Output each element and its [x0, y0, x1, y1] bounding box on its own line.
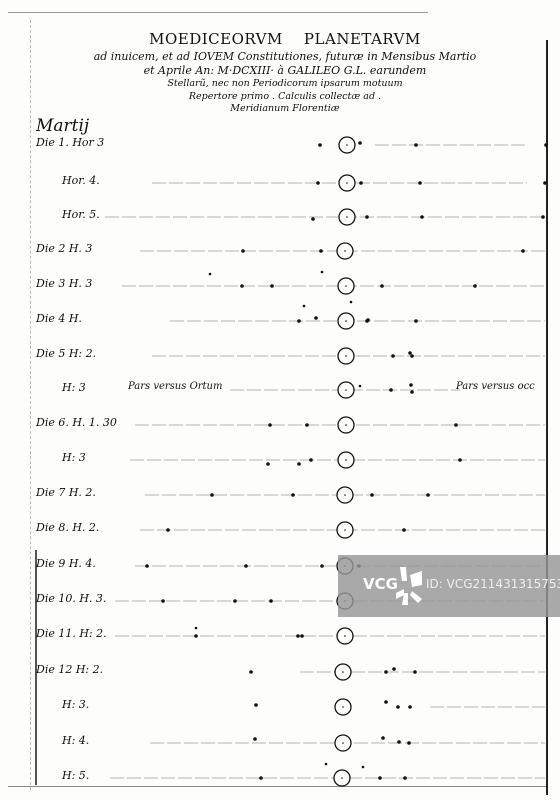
moon-dot-icon [195, 627, 198, 630]
moon-dot-icon [266, 462, 270, 466]
moon-dot-icon [259, 776, 263, 780]
moon-dot-icon [410, 354, 414, 358]
moon-dot-icon [319, 249, 323, 253]
moon-dot-icon [209, 273, 212, 276]
moon-dot-icon [543, 181, 547, 185]
moon-dot-icon [365, 215, 369, 219]
moon-dot-icon [194, 634, 198, 638]
moon-dot-icon [370, 493, 374, 497]
moon-dot-icon [454, 423, 458, 427]
moon-dot-icon [362, 766, 365, 769]
moon-dot-icon [320, 564, 324, 568]
moon-dot-icon [316, 181, 320, 185]
moon-dot-icon [473, 284, 477, 288]
moon-dot-icon [303, 305, 306, 308]
watermark-flower-icon [396, 565, 424, 605]
moon-dot-icon [297, 462, 301, 466]
moon-dot-icon [413, 670, 417, 674]
moon-dot-icon [396, 705, 400, 709]
moon-dot-icon [350, 301, 353, 304]
moon-dot-icon [384, 670, 388, 674]
moon-dot-icon [384, 700, 388, 704]
moon-dot-icon [318, 143, 322, 147]
moon-dot-icon [521, 249, 525, 253]
moon-dot-icon [414, 143, 418, 147]
moon-dot-icon [145, 564, 149, 568]
observation-plot [0, 0, 560, 800]
moon-dot-icon [402, 528, 406, 532]
watermark-logo: VCG [363, 575, 398, 593]
moon-dot-icon [420, 215, 424, 219]
moon-dot-icon [389, 388, 393, 392]
moon-dot-icon [314, 316, 318, 320]
moon-dot-icon [414, 319, 418, 323]
moon-dot-icon [407, 741, 411, 745]
moon-dot-icon [305, 423, 309, 427]
moon-dot-icon [541, 215, 545, 219]
moon-dot-icon [311, 217, 315, 221]
moon-dot-icon [418, 181, 422, 185]
moon-dot-icon [254, 703, 258, 707]
moon-dot-icon [359, 181, 363, 185]
moon-dot-icon [233, 599, 237, 603]
moon-dot-icon [166, 528, 170, 532]
moon-dot-icon [269, 599, 273, 603]
moon-dot-icon [241, 249, 245, 253]
moon-dot-icon [210, 493, 214, 497]
moon-dot-icon [397, 740, 401, 744]
moon-dot-icon [410, 390, 414, 394]
moon-dot-icon [409, 383, 413, 387]
moon-dot-icon [544, 143, 548, 147]
moon-dot-icon [381, 736, 385, 740]
moon-dot-icon [359, 385, 362, 388]
moon-dot-icon [249, 670, 253, 674]
moon-dot-icon [291, 493, 295, 497]
moon-dot-icon [253, 737, 257, 741]
watermark: VCG ID: VCG211431315753 [338, 555, 560, 617]
moon-dot-icon [244, 564, 248, 568]
moon-dot-icon [240, 284, 244, 288]
moon-dot-icon [458, 458, 462, 462]
moon-dot-icon [297, 319, 301, 323]
moon-dot-icon [380, 284, 384, 288]
moon-dot-icon [321, 271, 324, 274]
moon-dot-icon [325, 763, 328, 766]
moon-dot-icon [408, 705, 412, 709]
moon-dot-icon [268, 423, 272, 427]
moon-dot-icon [378, 776, 382, 780]
moon-dot-icon [270, 284, 274, 288]
moon-dot-icon [408, 351, 412, 355]
moon-dot-icon [366, 318, 370, 322]
moon-dot-icon [309, 458, 313, 462]
moon-dot-icon [426, 493, 430, 497]
moon-dot-icon [358, 141, 362, 145]
moon-dot-icon [300, 634, 304, 638]
moon-dot-icon [392, 667, 396, 671]
moon-dot-icon [403, 776, 407, 780]
watermark-id: ID: VCG211431315753 [426, 577, 560, 591]
moon-dot-icon [161, 599, 165, 603]
moon-dot-icon [391, 354, 395, 358]
moon-dot-icon [296, 634, 300, 638]
